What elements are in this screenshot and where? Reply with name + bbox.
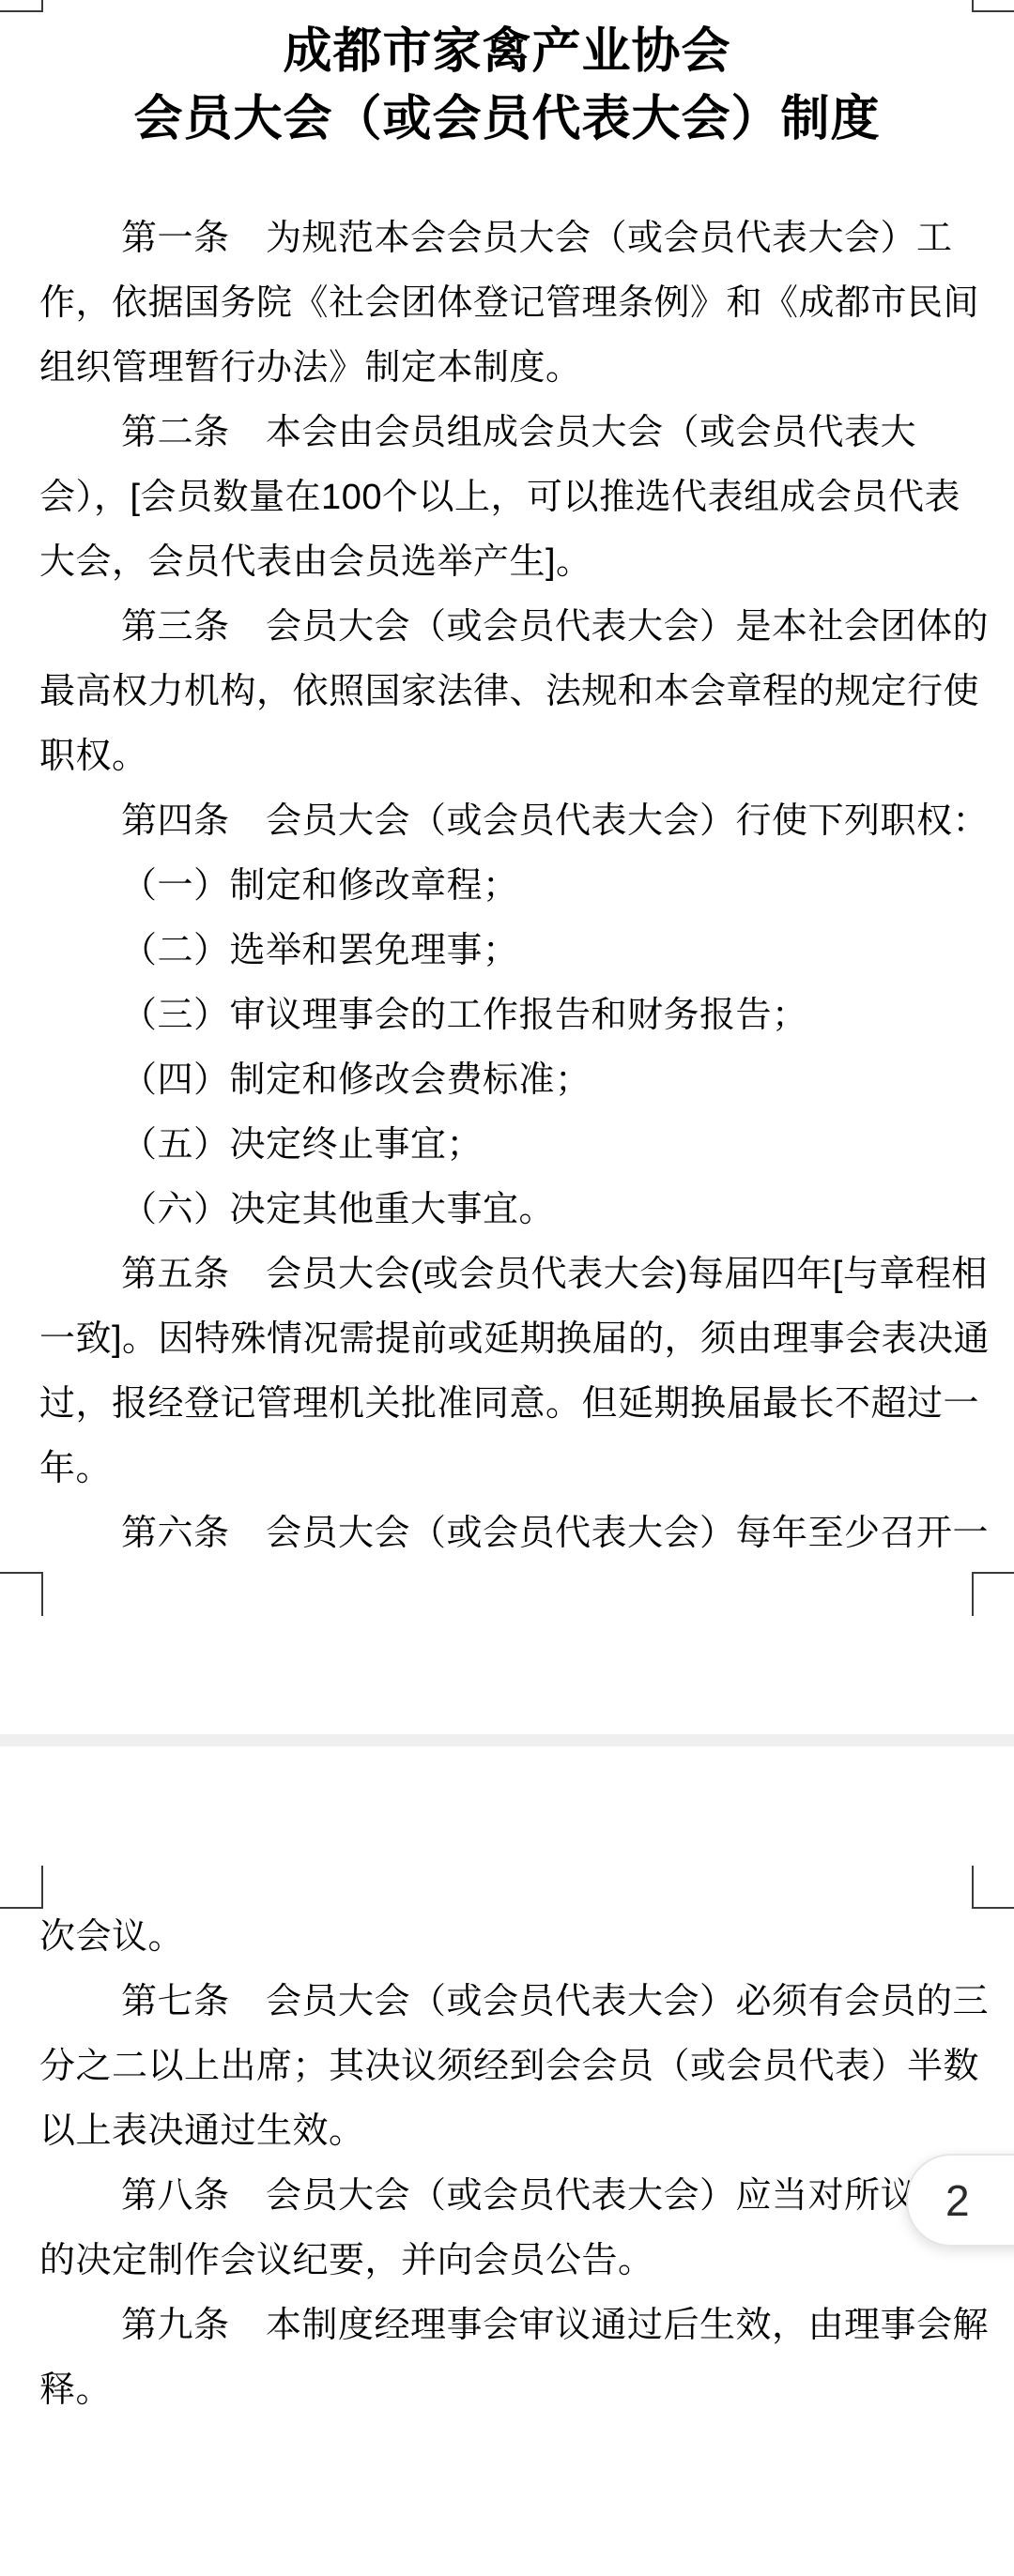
text-line: 第二条 本会由会员组成会员大会（或会员代表大 — [39, 401, 975, 465]
text-line: 第六条 会员大会（或会员代表大会）每年至少召开一 — [39, 1501, 975, 1566]
page1-corner-mark-top-right — [972, 0, 1014, 12]
text-line: 释。 — [39, 2358, 975, 2423]
page-separator — [0, 1734, 1014, 1746]
page1-corner-mark-bottom-right — [972, 1572, 1014, 1616]
text-line: 第三条 会员大会（或会员代表大会）是本社会团体的 — [39, 595, 975, 660]
page2-corner-mark-top-right — [972, 1866, 1014, 1909]
text-line: 第七条 会员大会（或会员代表大会）必须有会员的三 — [39, 1970, 975, 2035]
text-line: 最高权力机构，依照国家法律、法规和本会章程的规定行使 — [39, 660, 975, 724]
text-line: 过，报经登记管理机关批准同意。但延期换届最长不超过一 — [39, 1372, 975, 1437]
page1-text-block: 第一条 为规范本会会员大会（或会员代表大会）工作，依据国务院《社会团体登记管理条… — [0, 206, 1014, 1566]
text-line: 一致]。因特殊情况需提前或延期换届的，须由理事会表决通 — [39, 1307, 975, 1372]
text-line: 第四条 会员大会（或会员代表大会）行使下列职权： — [39, 789, 975, 854]
text-line: 分之二以上出席；其决议须经到会会员（或会员代表）半数 — [39, 2035, 975, 2099]
text-line: 第九条 本制度经理事会审议通过后生效，由理事会解 — [39, 2294, 975, 2358]
page-number-indicator[interactable]: 2 — [906, 2154, 1014, 2247]
text-line: 第五条 会员大会(或会员代表大会)每届四年[与章程相 — [39, 1242, 975, 1307]
text-line: 年。 — [39, 1437, 975, 1501]
page1-corner-mark-top-left — [0, 0, 43, 12]
page2-text-block: 次会议。第七条 会员大会（或会员代表大会）必须有会员的三分之二以上出席；其决议须… — [0, 1905, 1014, 2423]
text-line: （三）审议理事会的工作报告和财务报告； — [39, 983, 975, 1048]
text-line: 次会议。 — [39, 1905, 975, 1970]
text-line: 职权。 — [39, 724, 975, 789]
text-line: （六）决定其他重大事宜。 — [39, 1178, 975, 1242]
page1-corner-mark-bottom-left — [0, 1572, 43, 1616]
document-title-line1: 成都市家禽产业协会 — [0, 18, 1014, 85]
text-line: 组织管理暂行办法》制定本制度。 — [39, 336, 975, 401]
document-viewer: 成都市家禽产业协会 会员大会（或会员代表大会）制度 第一条 为规范本会会员大会（… — [0, 0, 1014, 2576]
text-line: 第一条 为规范本会会员大会（或会员代表大会）工 — [39, 206, 975, 271]
document-title-line2: 会员大会（或会员代表大会）制度 — [0, 85, 1014, 153]
text-line: 会），[会员数量在100个以上，可以推选代表组成会员代表 — [39, 465, 975, 530]
document-title: 成都市家禽产业协会 会员大会（或会员代表大会）制度 — [0, 18, 1014, 153]
text-line: 作，依据国务院《社会团体登记管理条例》和《成都市民间 — [39, 271, 975, 336]
text-line: 大会，会员代表由会员选举产生]。 — [39, 530, 975, 595]
text-line: 的决定制作会议纪要，并向会员公告。 — [39, 2229, 975, 2294]
text-line: （五）决定终止事宜； — [39, 1113, 975, 1178]
text-line: （四）制定和修改会费标准； — [39, 1048, 975, 1113]
text-line: （二）选举和罢免理事； — [39, 919, 975, 983]
page2-corner-mark-top-left — [0, 1866, 43, 1909]
text-line: （一）制定和修改章程； — [39, 854, 975, 919]
text-line: 以上表决通过生效。 — [39, 2099, 975, 2164]
text-line: 第八条 会员大会（或会员代表大会）应当对所议事项 — [39, 2164, 975, 2229]
page-number-label: 2 — [945, 2175, 970, 2226]
